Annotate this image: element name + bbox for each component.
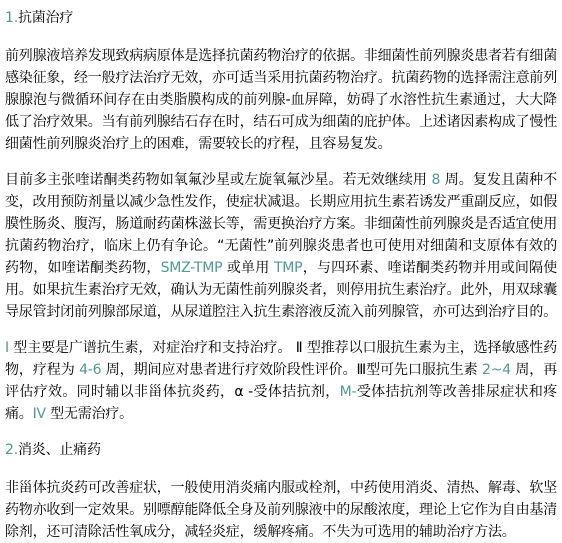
paragraph-antiinflammatory-analgesic: 非甾体抗炎药可改善症状，一般使用消炎痛内服或栓剂，中药使用消炎、清热、解毒、软坚… [5, 477, 557, 543]
latin-text-run: TMP [274, 260, 302, 276]
latin-text-run: 2~4 [482, 362, 511, 378]
latin-text-run: 4-6 [79, 362, 101, 378]
paragraph-treatment-by-type: I 型主要是广谱抗生素，对症治疗和支持治疗。 Ⅱ 型推荐以口服抗生素为主，选择敏… [5, 337, 557, 425]
latin-text-run: SMZ-TMP [161, 260, 223, 276]
text-run: 抗菌治疗 [18, 10, 73, 26]
text-run: 目前多主张喹诺酮类药物如氧氟沙星或左旋氧氟沙星。若无效继续用 [5, 172, 432, 188]
text-run: 消炎、止痛药 [18, 442, 101, 458]
text-run: 或单用 [222, 260, 274, 276]
latin-text-run: M- [340, 384, 357, 400]
latin-text-run: 1. [5, 10, 18, 26]
text-run: 周，期间应对患者进行疗效阶段性评价。Ⅲ型可先口服抗生素 [101, 362, 482, 378]
paragraph-antibacterial-basis: 前列腺液培养发现致病病原体是选择抗菌药物治疗的依据。非细菌性前列腺炎患者若有细菌… [5, 45, 557, 155]
section-heading-antibacterial-treatment: 1.抗菌治疗 [5, 7, 557, 29]
latin-text-run: 8 [432, 172, 441, 188]
paragraph-antibacterial-drug-regimen: 目前多主张喹诺酮类药物如氧氟沙星或左旋氧氟沙星。若无效继续用 8 周。复发且菌种… [5, 169, 557, 323]
section-heading-antiinflammatory-analgesic: 2.消炎、止痛药 [5, 439, 557, 461]
latin-text-run: 2. [5, 442, 18, 458]
latin-text-run: IV [33, 406, 46, 422]
text-run: 非甾体抗炎药可改善症状，一般使用消炎痛内服或栓剂，中药使用消炎、清热、解毒、软坚… [5, 480, 557, 540]
text-run: 型无需治疗。 [46, 406, 133, 422]
document-page: 1.抗菌治疗 前列腺液培养发现致病病原体是选择抗菌药物治疗的依据。非细菌性前列腺… [0, 0, 562, 543]
text-run: 前列腺液培养发现致病病原体是选择抗菌药物治疗的依据。非细菌性前列腺炎患者若有细菌… [5, 48, 557, 152]
